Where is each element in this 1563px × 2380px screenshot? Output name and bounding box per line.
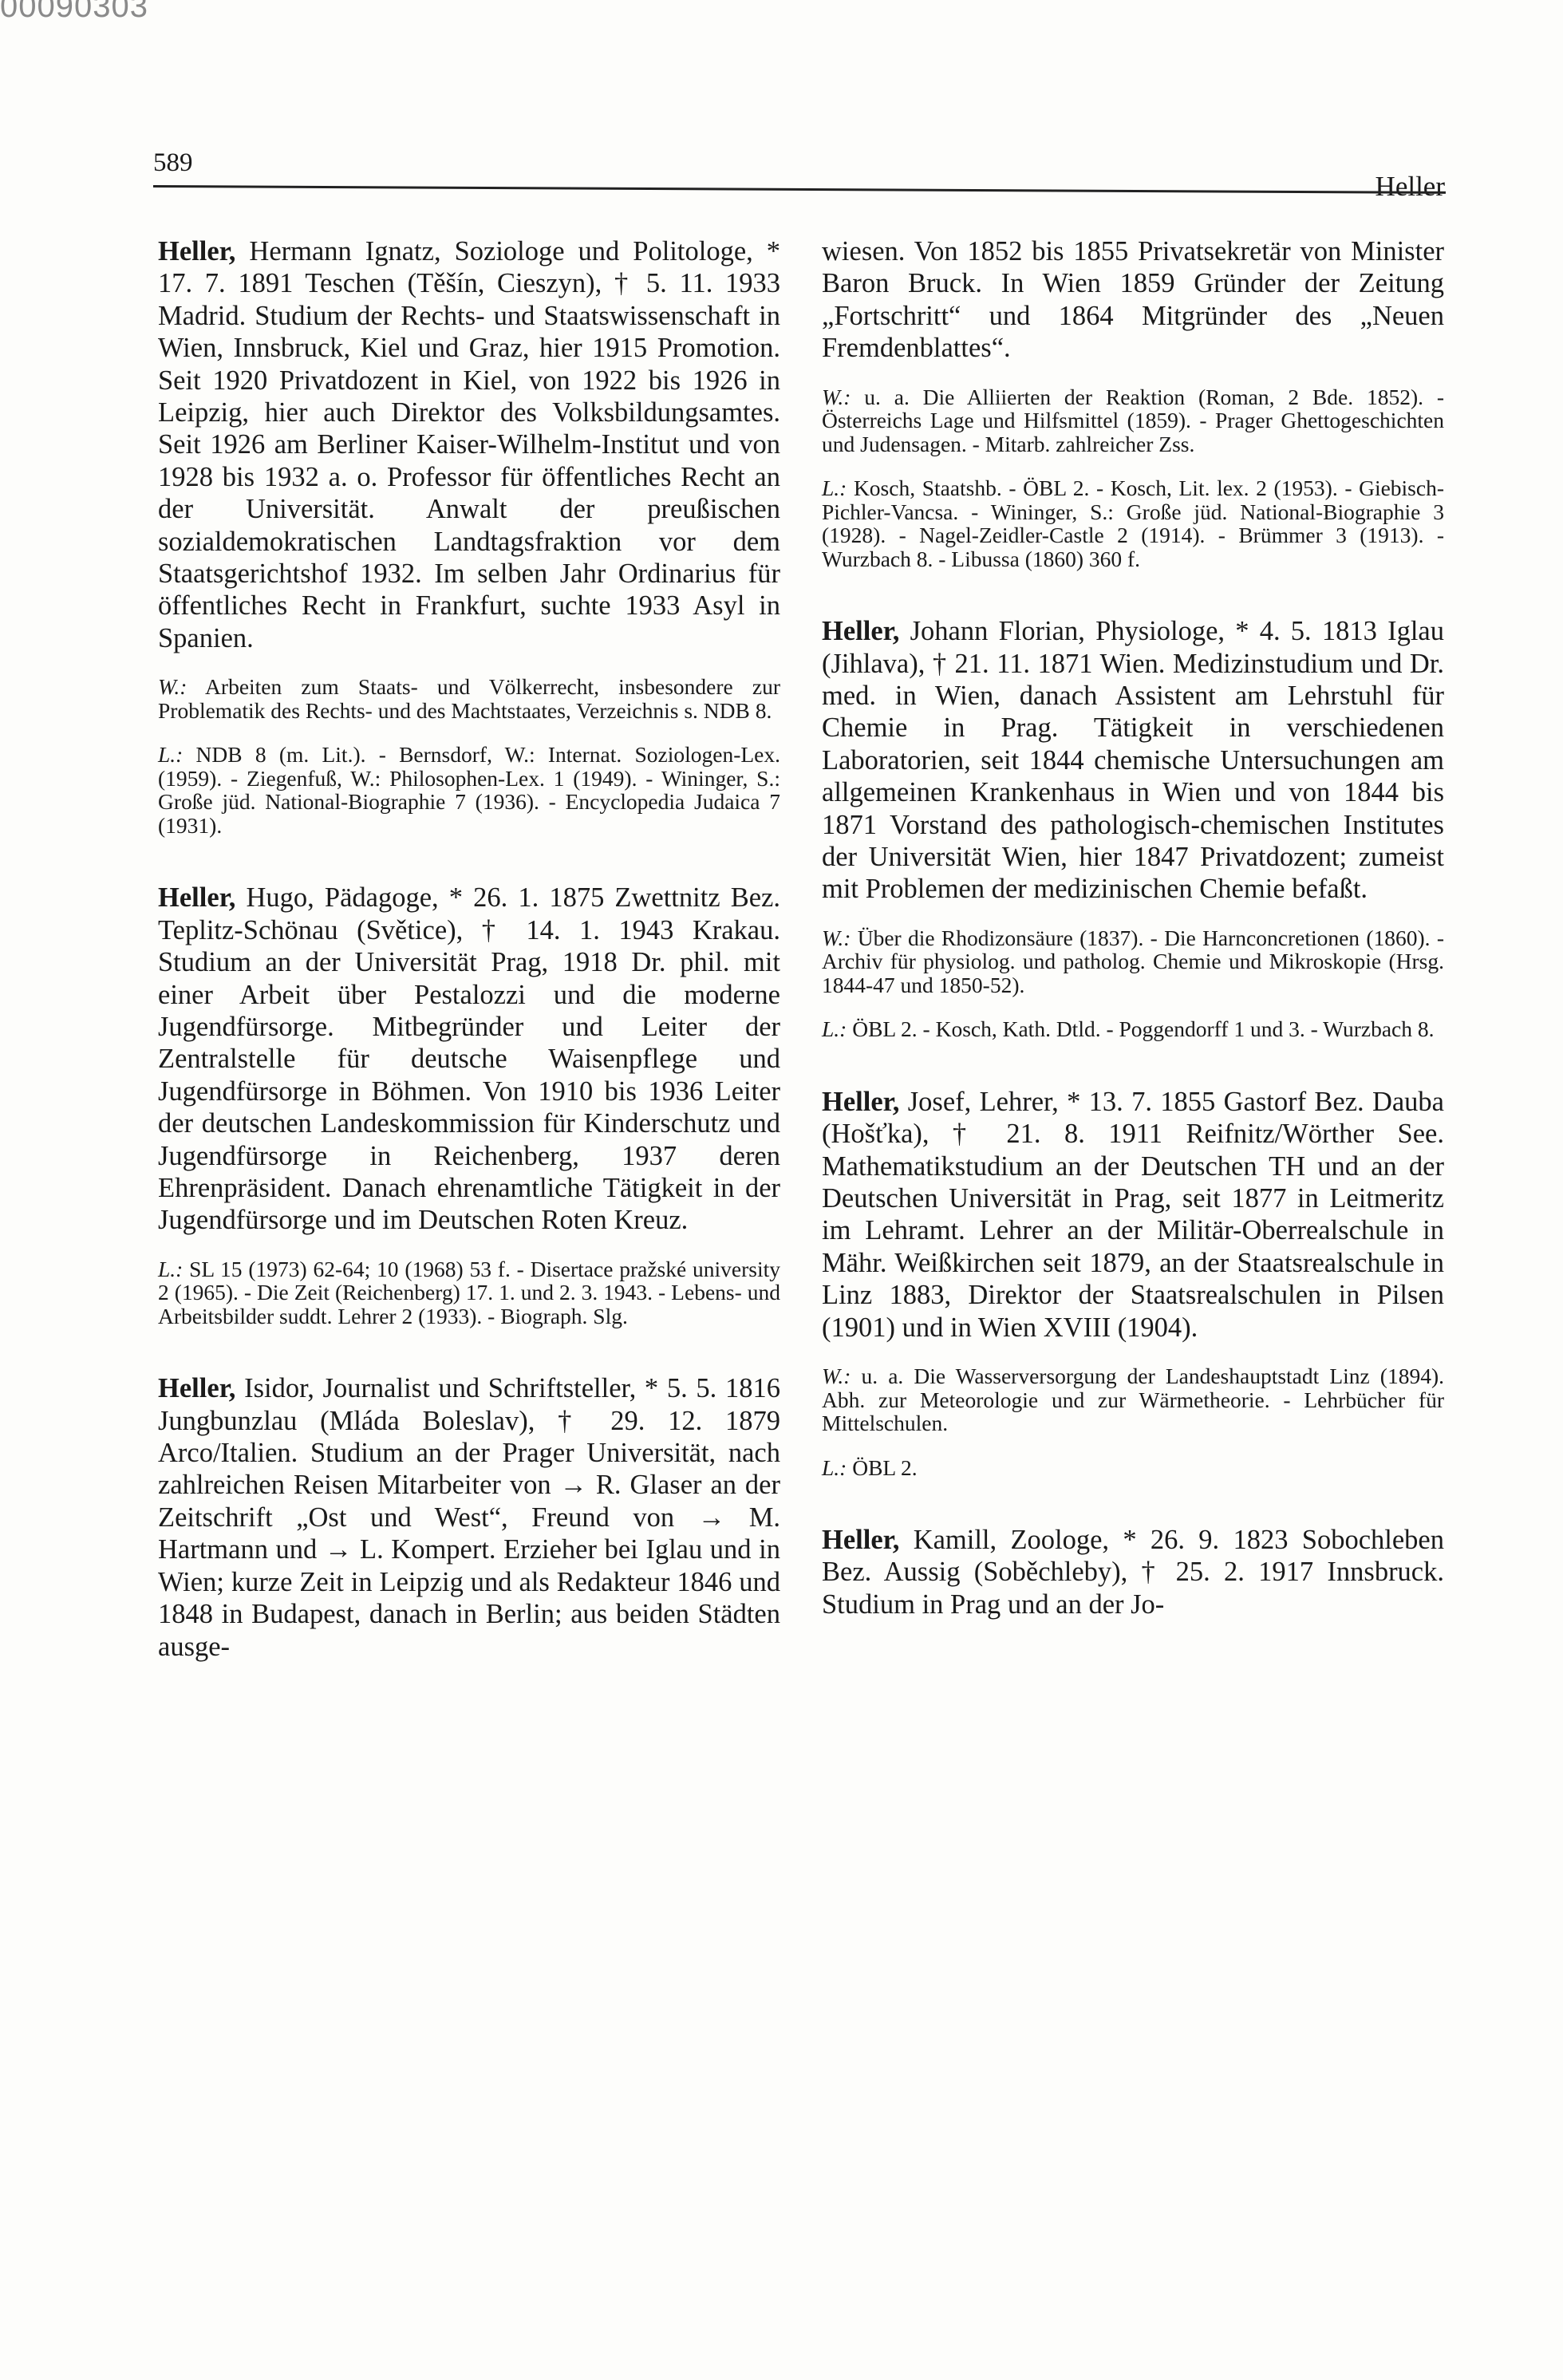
literature-list: L.: ÖBL 2. — [822, 1456, 1444, 1480]
running-head: Heller — [1376, 171, 1445, 203]
works-label: W.: — [822, 1364, 851, 1388]
entry-body: Heller, Johann Florian, Physiologe, * 4.… — [822, 615, 1444, 906]
works-label: W.: — [822, 385, 851, 409]
entry-head: Heller, — [158, 1373, 235, 1403]
literature-label: L.: — [158, 1257, 183, 1281]
scan-id: 00090303 — [0, 0, 148, 25]
literature-list: L.: SL 15 (1973) 62-64; 10 (1968) 53 f. … — [158, 1257, 780, 1328]
entry-isidor-continued: wiesen. Von 1852 bis 1855 Privatsekretär… — [822, 235, 1444, 570]
works-label: W.: — [822, 926, 851, 950]
entry-hugo: Heller, Hugo, Pädagoge, * 26. 1. 1875 Zw… — [158, 882, 780, 1328]
entry-body: Heller, Isidor, Journalist und Schriftst… — [158, 1372, 780, 1663]
works-label: W.: — [158, 674, 187, 699]
entry-head: Heller, — [158, 236, 235, 266]
entry-josef: Heller, Josef, Lehrer, * 13. 7. 1855 Gas… — [822, 1086, 1444, 1479]
literature-list: L.: Kosch, Staatshb. - ÖBL 2. - Kosch, L… — [822, 476, 1444, 570]
entry-head: Heller, — [822, 616, 899, 646]
literature-label: L.: — [822, 1016, 847, 1041]
literature-list: L.: ÖBL 2. - Kosch, Kath. Dtld. - Poggen… — [822, 1017, 1444, 1041]
works-list: W.: Über die Rhodizonsäure (1837). - Die… — [822, 926, 1444, 997]
literature-label: L.: — [822, 476, 847, 500]
entry-kamill: Heller, Kamill, Zoologe, * 26. 9. 1823 S… — [822, 1524, 1444, 1620]
entry-body: Heller, Hugo, Pädagoge, * 26. 1. 1875 Zw… — [158, 882, 780, 1236]
page-number: 589 — [153, 148, 193, 178]
header-rule — [153, 185, 1446, 194]
entry-johann: Heller, Johann Florian, Physiologe, * 4.… — [822, 615, 1444, 1041]
entry-hermann: Heller, Hermann Ignatz, Soziologe und Po… — [158, 235, 780, 837]
entry-body: Heller, Kamill, Zoologe, * 26. 9. 1823 S… — [822, 1524, 1444, 1620]
right-column: wiesen. Von 1852 bis 1855 Privatsekretär… — [822, 235, 1444, 1620]
entry-head: Heller, — [822, 1087, 899, 1117]
entry-body: Heller, Hermann Ignatz, Soziologe und Po… — [158, 235, 780, 654]
entry-body: wiesen. Von 1852 bis 1855 Privatsekretär… — [822, 235, 1444, 365]
entry-head: Heller, — [822, 1525, 899, 1555]
left-column: Heller, Hermann Ignatz, Soziologe und Po… — [158, 235, 780, 1663]
entry-isidor: Heller, Isidor, Journalist und Schriftst… — [158, 1372, 780, 1663]
works-list: W.: u. a. Die Alliierten der Reaktion (R… — [822, 385, 1444, 456]
entry-head: Heller, — [158, 882, 235, 913]
literature-list: L.: NDB 8 (m. Lit.). - Bernsdorf, W.: In… — [158, 743, 780, 837]
literature-label: L.: — [158, 742, 183, 767]
works-list: W.: u. a. Die Wasserversorgung der Lande… — [822, 1364, 1444, 1435]
literature-label: L.: — [822, 1455, 847, 1480]
works-list: W.: Arbeiten zum Staats- und Völkerrecht… — [158, 675, 780, 722]
entry-body: Heller, Josef, Lehrer, * 13. 7. 1855 Gas… — [822, 1086, 1444, 1344]
